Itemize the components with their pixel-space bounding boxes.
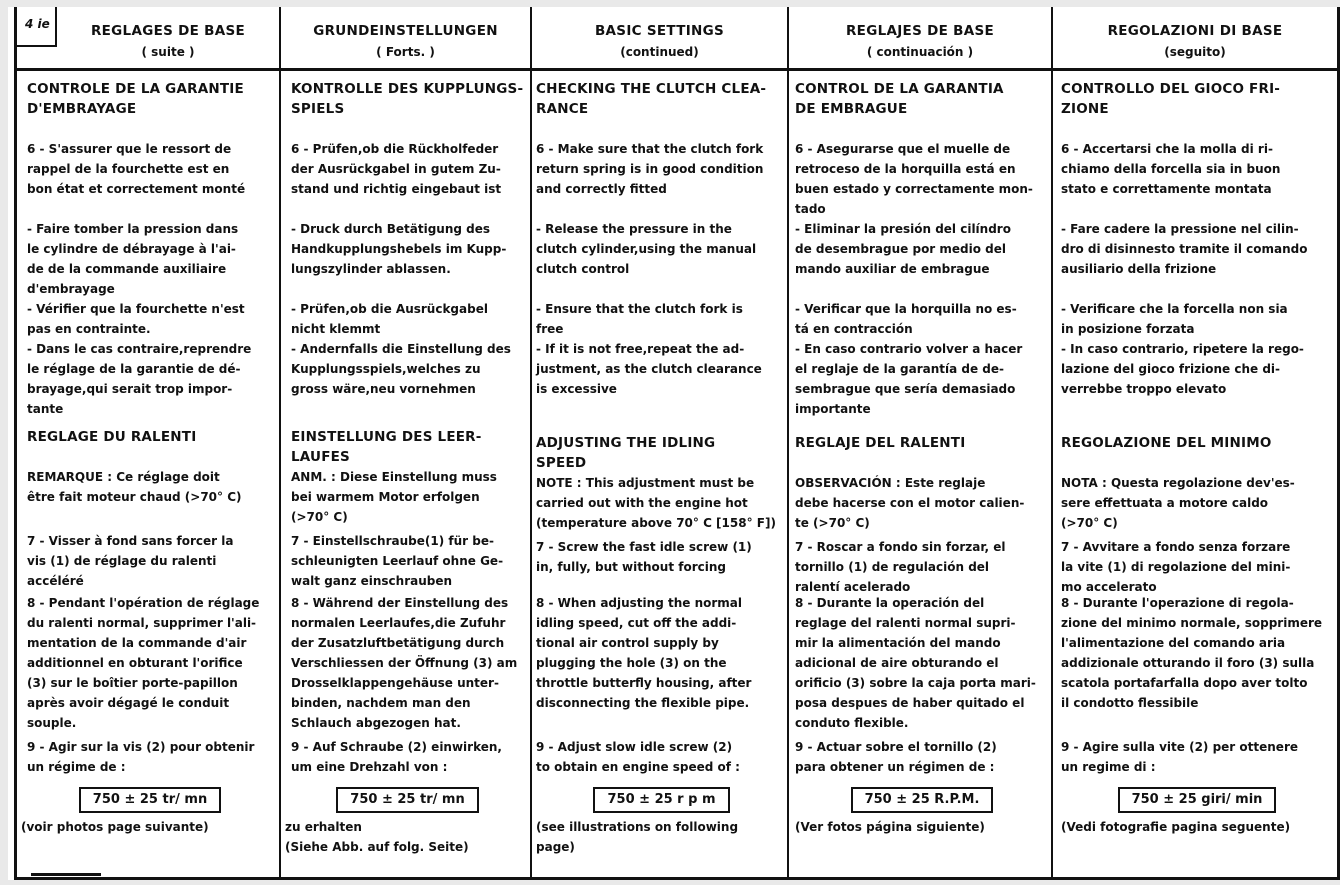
header-subtitle-es: ( continuación ) bbox=[789, 45, 1051, 59]
header-fr: 4 ie REGLAGES DE BASE ( suite ) bbox=[17, 7, 281, 71]
step-6: 6 - Make sure that the clutch fork retur… bbox=[536, 139, 781, 199]
column-es: CONTROL DE LA GARANTIA DE EMBRAGUE 6 - A… bbox=[789, 71, 1053, 877]
column-en: CHECKING THE CLUTCH CLEA- RANCE 6 - Make… bbox=[532, 71, 789, 877]
section-title: CONTROLLO DEL GIOCO FRI- ZIONE bbox=[1061, 79, 1331, 119]
see-photos-note: zu erhalten (Siehe Abb. auf folg. Seite) bbox=[285, 817, 524, 857]
clutch-section-title: KONTROLLE DES KUPPLUNGS- SPIELS bbox=[291, 79, 524, 119]
header-it: REGOLAZIONI DI BASE (seguito) bbox=[1053, 7, 1337, 71]
idle-speed-box: 750 ± 25 giri/ min bbox=[1118, 787, 1277, 813]
section-title: CHECKING THE CLUTCH CLEA- RANCE bbox=[536, 79, 781, 119]
header-subtitle-en: (continued) bbox=[532, 45, 787, 59]
multilingual-settings-table: 4 ie REGLAGES DE BASE ( suite ) GRUNDEIN… bbox=[14, 7, 1340, 880]
column-de: KONTROLLE DES KUPPLUNGS- SPIELS 6 - Prüf… bbox=[281, 71, 532, 877]
section-title: ADJUSTING THE IDLING SPEED bbox=[536, 433, 781, 473]
clutch-section-title: CONTROLLO DEL GIOCO FRI- ZIONE bbox=[1061, 79, 1331, 119]
clutch-release-steps: - Eliminar la presión del cilíndro de de… bbox=[795, 219, 1045, 419]
header-es: REGLAJES DE BASE ( continuación ) bbox=[789, 7, 1053, 71]
see-photos-note: (see illustrations on following page) bbox=[536, 817, 781, 857]
step-9: 9 - Actuar sobre el tornillo (2) para ob… bbox=[795, 737, 1045, 777]
idle-speed-box: 750 ± 25 tr/ mn bbox=[79, 787, 221, 813]
step-7: 7 - Visser à fond sans forcer la vis (1)… bbox=[27, 531, 273, 591]
section-title: CONTROLE DE LA GARANTIE D'EMBRAYAGE bbox=[27, 79, 273, 119]
clutch-release-steps: - Release the pressure in the clutch cyl… bbox=[536, 219, 781, 399]
idle-speed-spec: 750 ± 25 r p m bbox=[542, 787, 781, 813]
warm-engine-note: REMARQUE : Ce réglage doit être fait mot… bbox=[27, 467, 273, 507]
idle-speed-box: 750 ± 25 r p m bbox=[593, 787, 729, 813]
step-8: 8 - Durante la operación del reglage del… bbox=[795, 593, 1045, 733]
step-6: 6 - Prüfen,ob die Rückholfeder der Ausrü… bbox=[291, 139, 524, 199]
idle-speed-spec: 750 ± 25 R.P.M. bbox=[799, 787, 1045, 813]
step-8: 8 - Während der Einstellung des normalen… bbox=[291, 593, 524, 733]
header-de: GRUNDEINSTELLUNGEN ( Forts. ) bbox=[281, 7, 532, 71]
idle-section-title: ADJUSTING THE IDLING SPEED bbox=[536, 433, 781, 473]
clutch-section-title: CHECKING THE CLUTCH CLEA- RANCE bbox=[536, 79, 781, 119]
see-photos-note: (Ver fotos página siguiente) bbox=[795, 817, 1045, 837]
header-title-it: REGOLAZIONI DI BASE bbox=[1053, 23, 1337, 39]
step-7: 7 - Roscar a fondo sin forzar, el tornil… bbox=[795, 537, 1045, 597]
column-fr: CONTROLE DE LA GARANTIE D'EMBRAYAGE 6 - … bbox=[17, 71, 281, 877]
idle-section-title: REGOLAZIONE DEL MINIMO bbox=[1061, 433, 1331, 453]
step-9: 9 - Agir sur la vis (2) pour obtenir un … bbox=[27, 737, 273, 777]
header-subtitle-de: ( Forts. ) bbox=[281, 45, 530, 59]
step-7: 7 - Screw the fast idle screw (1) in, fu… bbox=[536, 537, 781, 577]
idle-section-title: REGLAJE DEL RALENTI bbox=[795, 433, 1045, 453]
clutch-section-title: CONTROLE DE LA GARANTIE D'EMBRAYAGE bbox=[27, 79, 273, 119]
step-8: 8 - When adjusting the normal idling spe… bbox=[536, 593, 781, 713]
document-page: 4 ie REGLAGES DE BASE ( suite ) GRUNDEIN… bbox=[8, 7, 1340, 880]
step-9: 9 - Auf Schraube (2) einwirken, um eine … bbox=[291, 737, 524, 777]
header-title-de: GRUNDEINSTELLUNGEN bbox=[281, 23, 530, 39]
page-number: 4 ie bbox=[17, 7, 57, 47]
warm-engine-note: NOTE : This adjustment must be carried o… bbox=[536, 473, 781, 533]
header-subtitle-fr: ( suite ) bbox=[17, 45, 279, 59]
see-photos-note: (Vedi fotografie pagina seguente) bbox=[1061, 817, 1331, 837]
clutch-release-steps: - Fare cadere la pressione nel cilin- dr… bbox=[1061, 219, 1331, 399]
header-title-es: REGLAJES DE BASE bbox=[789, 23, 1051, 39]
idle-section-title: EINSTELLUNG DES LEER- LAUFES bbox=[291, 427, 524, 467]
clutch-release-steps: - Faire tomber la pression dans le cylin… bbox=[27, 219, 273, 419]
warm-engine-note: NOTA : Questa regolazione dev'es- sere e… bbox=[1061, 473, 1331, 533]
step-8: 8 - Pendant l'opération de réglage du ra… bbox=[27, 593, 273, 733]
see-photos-note: (voir photos page suivante) bbox=[21, 817, 273, 837]
step-9: 9 - Adjust slow idle screw (2) to obtain… bbox=[536, 737, 781, 777]
step-6: 6 - Asegurarse que el muelle de retroces… bbox=[795, 139, 1045, 219]
idle-speed-spec: 750 ± 25 tr/ mn bbox=[291, 787, 524, 813]
header-en: BASIC SETTINGS (continued) bbox=[532, 7, 789, 71]
idle-speed-spec: 750 ± 25 giri/ min bbox=[1063, 787, 1331, 813]
warm-engine-note: OBSERVACIÓN : Este reglaje debe hacerse … bbox=[795, 473, 1045, 533]
idle-speed-box: 750 ± 25 tr/ mn bbox=[336, 787, 478, 813]
idle-speed-spec: 750 ± 25 tr/ mn bbox=[27, 787, 273, 813]
section-title: CONTROL DE LA GARANTIA DE EMBRAGUE bbox=[795, 79, 1045, 119]
column-it: CONTROLLO DEL GIOCO FRI- ZIONE 6 - Accer… bbox=[1053, 71, 1337, 877]
step-7: 7 - Einstellschraube(1) für be- schleuni… bbox=[291, 531, 524, 591]
step-9: 9 - Agire sulla vite (2) per ottenere un… bbox=[1061, 737, 1331, 777]
section-title: REGLAGE DU RALENTI bbox=[27, 427, 273, 447]
header-title-en: BASIC SETTINGS bbox=[532, 23, 787, 39]
step-6: 6 - S'assurer que le ressort de rappel d… bbox=[27, 139, 273, 199]
step-7: 7 - Avvitare a fondo senza forzare la vi… bbox=[1061, 537, 1331, 597]
section-title: EINSTELLUNG DES LEER- LAUFES bbox=[291, 427, 524, 467]
warm-engine-note: ANM. : Diese Einstellung muss bei warmem… bbox=[291, 467, 524, 527]
section-title: REGOLAZIONE DEL MINIMO bbox=[1061, 433, 1331, 453]
clutch-release-steps: - Druck durch Betätigung des Handkupplun… bbox=[291, 219, 524, 399]
step-8: 8 - Durante l'operazione di regola- zion… bbox=[1061, 593, 1331, 713]
idle-speed-box: 750 ± 25 R.P.M. bbox=[851, 787, 994, 813]
idle-section-title: REGLAGE DU RALENTI bbox=[27, 427, 273, 447]
section-title: REGLAJE DEL RALENTI bbox=[795, 433, 1045, 453]
header-subtitle-it: (seguito) bbox=[1053, 45, 1337, 59]
section-title: KONTROLLE DES KUPPLUNGS- SPIELS bbox=[291, 79, 524, 119]
clutch-section-title: CONTROL DE LA GARANTIA DE EMBRAGUE bbox=[795, 79, 1045, 119]
page-edge-mark bbox=[31, 873, 101, 876]
step-6: 6 - Accertarsi che la molla di ri- chiam… bbox=[1061, 139, 1331, 199]
